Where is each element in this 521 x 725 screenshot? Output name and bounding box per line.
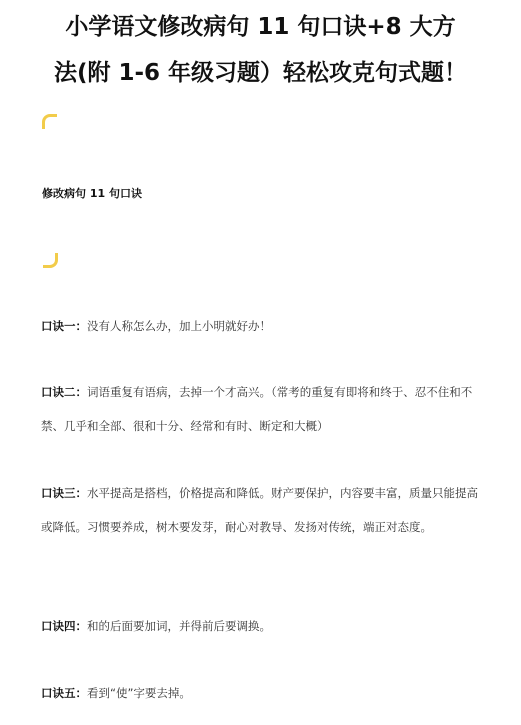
decorative-corner-bottom-right-icon — [43, 253, 58, 268]
rule-text: 词语重复有语病，去掉一个才高兴。（常考的重复有即将和终于、忍不住和不禁、几乎和全… — [41, 385, 472, 433]
title-line-2: 法(附 1-6 年级习题）轻松攻克句式题！ — [0, 50, 521, 96]
rule-text: 水平提高是搭档，价格提高和降低。财产要保护，内容要丰富，质量只能提高或降低。习惯… — [41, 486, 478, 534]
rule-text: 看到“使”字要去掉。 — [87, 686, 191, 700]
rule-paragraph-5: 口诀五：看到“使”字要去掉。 — [41, 676, 481, 710]
rule-label: 口诀二： — [41, 385, 87, 399]
rule-text: 没有人称怎么办，加上小明就好办！ — [87, 319, 271, 333]
rule-paragraph-3: 口诀三：水平提高是搭档，价格提高和降低。财产要保护，内容要丰富，质量只能提高或降… — [41, 476, 481, 544]
rule-label: 口诀四： — [41, 619, 87, 633]
section-heading: 修改病句 11 句口诀 — [42, 185, 142, 201]
rule-paragraph-4: 口诀四：和的后面要加词，并得前后要调换。 — [41, 609, 481, 643]
article-title: 小学语文修改病句 11 句口诀+8 大方 法(附 1-6 年级习题）轻松攻克句式… — [0, 4, 521, 96]
rule-label: 口诀一： — [41, 319, 87, 333]
rule-label: 口诀三： — [41, 486, 87, 500]
rule-paragraph-2: 口诀二：词语重复有语病，去掉一个才高兴。（常考的重复有即将和终于、忍不住和不禁、… — [41, 375, 481, 443]
decorative-corner-top-left-icon — [42, 114, 57, 129]
rule-text: 和的后面要加词，并得前后要调换。 — [87, 619, 271, 633]
rule-label: 口诀五： — [41, 686, 87, 700]
rule-paragraph-1: 口诀一：没有人称怎么办，加上小明就好办！ — [41, 309, 481, 343]
title-line-1: 小学语文修改病句 11 句口诀+8 大方 — [0, 4, 521, 50]
